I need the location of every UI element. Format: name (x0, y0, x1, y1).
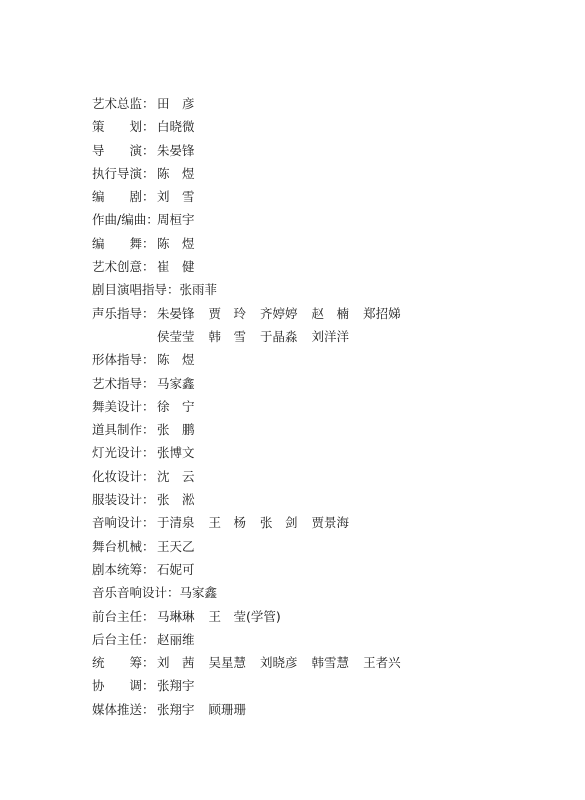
credit-role: 导 演： (92, 139, 157, 162)
credit-name: 王 杨 (209, 511, 247, 534)
credit-name: 朱晏锋 (157, 139, 195, 162)
credit-name: 贾 玲 (209, 302, 247, 325)
credit-name: 王 莹(学管) (209, 605, 281, 628)
credit-role: 编 舞： (92, 232, 157, 255)
credit-name: 侯莹莹 (157, 325, 195, 348)
credit-name: 陈 煜 (157, 162, 195, 185)
credit-role: 艺术总监： (92, 92, 157, 115)
credit-row: 服装设计： 张 淞 (92, 488, 480, 511)
credit-row: 化妆设计： 沈 云 (92, 465, 480, 488)
credit-row: 执行导演： 陈 煜 (92, 162, 480, 185)
credit-name: 张雨菲 (180, 278, 218, 301)
credit-role: 艺术指导： (92, 372, 157, 395)
credit-role: 音乐音响设计： (92, 581, 180, 604)
credit-row: 协 调： 张翔宇 (92, 674, 480, 697)
credit-row: 灯光设计： 张博文 (92, 441, 480, 464)
credit-name: 马琳琳 (157, 605, 195, 628)
credit-name: 张翔宇 (157, 698, 195, 721)
credit-role: 剧本统筹： (92, 558, 157, 581)
credit-name: 张翔宇 (157, 674, 195, 697)
credit-name: 刘晓彦 (260, 651, 298, 674)
credit-name: 沈 云 (157, 465, 195, 488)
credit-row: 艺术指导： 马家鑫 (92, 372, 480, 395)
credit-role: 艺术创意： (92, 255, 157, 278)
credit-row: 艺术创意： 崔 健 (92, 255, 480, 278)
credit-row: 作曲/编曲： 周桓宇 (92, 208, 480, 231)
credit-role: 声乐指导： (92, 302, 157, 325)
credit-row: 前台主任： 马琳琳 王 莹(学管) (92, 605, 480, 628)
credit-row: 策 划： 白晓微 (92, 115, 480, 138)
credit-name: 张博文 (157, 441, 195, 464)
credit-role: 舞美设计： (92, 395, 157, 418)
credit-name: 周桓宇 (157, 208, 195, 231)
credit-row: 编 剧： 刘 雪 (92, 185, 480, 208)
credit-row: 统 筹： 刘 茜 吴星慧 刘晓彦 韩雪慧 王者兴 (92, 651, 480, 674)
credit-role: 音响设计： (92, 511, 157, 534)
credit-name: 张 剑 (260, 511, 298, 534)
credit-name: 于清泉 (157, 511, 195, 534)
credit-row: 导 演： 朱晏锋 (92, 139, 480, 162)
credit-name: 陈 煜 (157, 232, 195, 255)
credit-name: 石妮可 (157, 558, 195, 581)
credit-name: 齐婷婷 (260, 302, 298, 325)
credit-row: 道具制作： 张 鹏 (92, 418, 480, 441)
credit-role: 作曲/编曲： (92, 208, 157, 231)
credit-name: 刘 雪 (157, 185, 195, 208)
credit-name: 韩 雪 (209, 325, 247, 348)
credit-name: 赵 楠 (312, 302, 350, 325)
credit-role: 服装设计： (92, 488, 157, 511)
credit-name: 徐 宁 (157, 395, 195, 418)
credit-row: 艺术总监： 田 彦 (92, 92, 480, 115)
credit-name: 崔 健 (157, 255, 195, 278)
credit-name: 顾珊珊 (209, 698, 247, 721)
credit-role: 媒体推送： (92, 698, 157, 721)
credit-row: 声乐指导： 朱晏锋 贾 玲 齐婷婷 赵 楠 郑招娣 侯莹莹 韩 雪 于晶淼 刘洋… (92, 302, 480, 349)
credit-name: 王者兴 (363, 651, 401, 674)
credit-name: 吴星慧 (209, 651, 247, 674)
credit-role: 统 筹： (92, 651, 157, 674)
credit-row: 舞美设计： 徐 宁 (92, 395, 480, 418)
credit-role: 前台主任： (92, 605, 157, 628)
credit-role: 形体指导： (92, 348, 157, 371)
credit-name: 马家鑫 (157, 372, 195, 395)
credit-name: 田 彦 (157, 92, 195, 115)
credit-role: 编 剧： (92, 185, 157, 208)
credit-name: 马家鑫 (180, 581, 218, 604)
credit-name: 郑招娣 (363, 302, 401, 325)
credit-role: 后台主任： (92, 628, 157, 651)
credit-name: 韩雪慧 (312, 651, 350, 674)
credit-role: 道具制作： (92, 418, 157, 441)
credit-row: 音乐音响设计： 马家鑫 (92, 581, 480, 604)
credit-row: 形体指导： 陈 煜 (92, 348, 480, 371)
credit-role: 舞台机械： (92, 535, 157, 558)
credit-name: 白晓微 (157, 115, 195, 138)
credit-name: 张 淞 (157, 488, 195, 511)
credit-name: 王天乙 (157, 535, 195, 558)
credit-role: 策 划： (92, 115, 157, 138)
credit-role: 协 调： (92, 674, 157, 697)
credit-name: 贾景海 (312, 511, 350, 534)
credit-row: 后台主任： 赵丽维 (92, 628, 480, 651)
credit-name: 于晶淼 (260, 325, 298, 348)
credit-name: 刘洋洋 (312, 325, 350, 348)
credit-row: 剧目演唱指导： 张雨菲 (92, 278, 480, 301)
credit-row: 音响设计： 于清泉 王 杨 张 剑 贾景海 (92, 511, 480, 534)
credit-name: 赵丽维 (157, 628, 195, 651)
credit-row: 媒体推送： 张翔宇 顾珊珊 (92, 698, 480, 721)
credit-role: 灯光设计： (92, 441, 157, 464)
credit-row: 编 舞： 陈 煜 (92, 232, 480, 255)
credit-role: 剧目演唱指导： (92, 278, 180, 301)
credit-row: 剧本统筹： 石妮可 (92, 558, 480, 581)
credit-name: 陈 煜 (157, 348, 195, 371)
credit-role: 化妆设计： (92, 465, 157, 488)
credit-name: 张 鹏 (157, 418, 195, 441)
credit-name: 刘 茜 (157, 651, 195, 674)
credit-name: 朱晏锋 (157, 302, 195, 325)
credit-role: 执行导演： (92, 162, 157, 185)
credit-row: 舞台机械： 王天乙 (92, 535, 480, 558)
credits-list: 艺术总监： 田 彦 策 划： 白晓微 导 演： 朱晏锋 执行导演： 陈 煜 编 … (92, 92, 480, 721)
